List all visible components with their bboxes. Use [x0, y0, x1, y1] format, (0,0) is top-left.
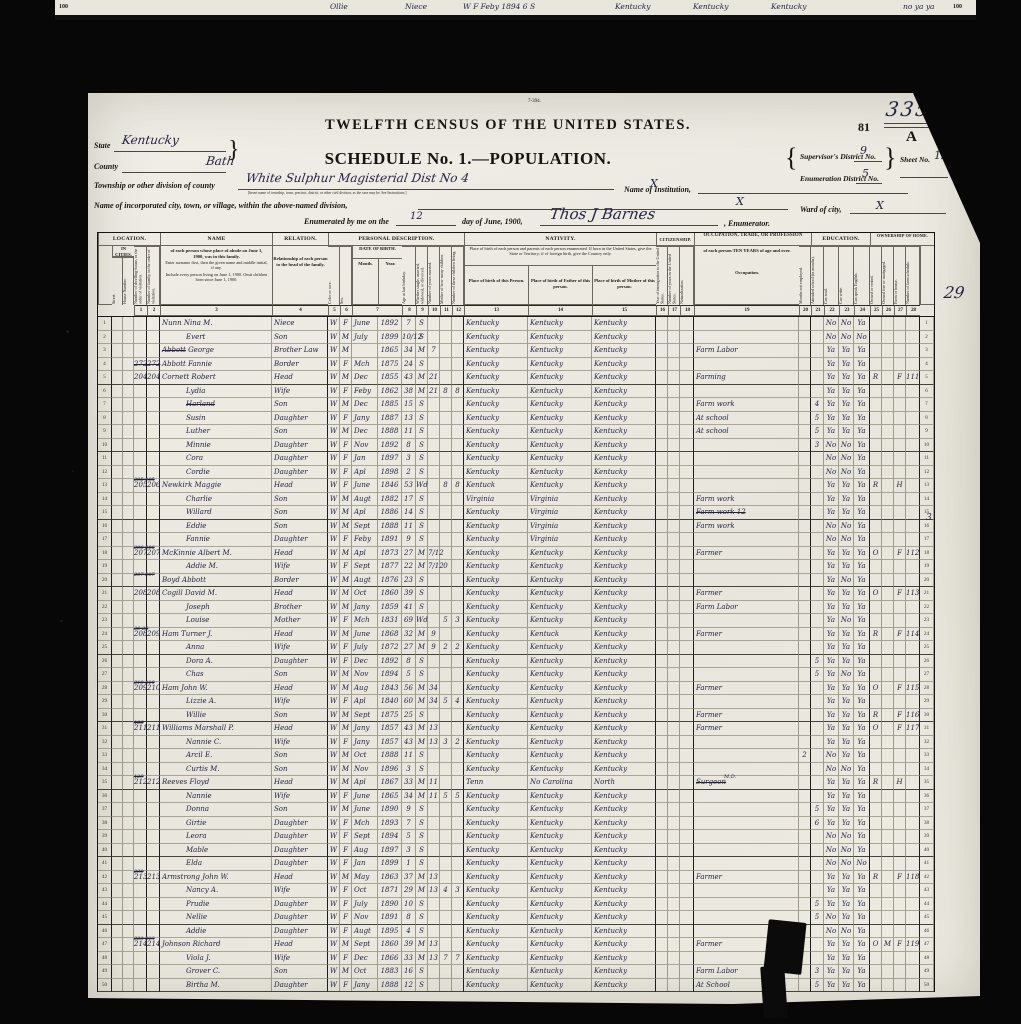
district-brace-left: {	[785, 143, 797, 173]
cell-d: 205 205205	[134, 479, 147, 493]
cell-mar: S	[416, 466, 428, 480]
cell-house	[123, 574, 134, 588]
cell-rd: No	[824, 763, 839, 777]
cell-race: W	[328, 668, 340, 682]
column-number: 13	[464, 305, 528, 316]
cell-ym: 9	[428, 628, 440, 642]
cell-d	[134, 979, 147, 993]
cell-c18	[680, 803, 694, 817]
cell-pf: Kentucky	[528, 749, 592, 763]
cell-sch	[811, 493, 824, 507]
cell-yr: 1899	[378, 331, 402, 345]
cell-f: 204	[147, 371, 160, 385]
cell-sex: F	[340, 979, 352, 993]
cell-age: 5	[402, 668, 416, 682]
cell-c16	[656, 871, 668, 885]
line-number-right: 8	[920, 412, 934, 426]
cell-mon: Dec	[352, 655, 378, 669]
cell-mon: Jany	[352, 601, 378, 615]
cell-pm: Kentucky	[592, 830, 656, 844]
cell-c16	[656, 574, 668, 588]
cell-age: 16	[402, 965, 416, 979]
cell-fh	[894, 749, 906, 763]
cell-en: Ya	[854, 884, 870, 898]
cell-fm	[882, 641, 894, 655]
cell-street	[112, 749, 123, 763]
census-row: 41EldaDaughterWFJan18991SKentuckyKentuck…	[98, 857, 934, 871]
cell-race: W	[328, 682, 340, 696]
cell-pf: Virginia	[528, 506, 592, 520]
cell-pm: Kentucky	[592, 682, 656, 696]
cell-rel: Daughter	[272, 925, 328, 939]
cell-c16	[656, 344, 668, 358]
cell-ne	[799, 668, 811, 682]
cell-house	[123, 749, 134, 763]
cell-ne	[799, 371, 811, 385]
cell-pb: Kentucky	[464, 628, 528, 642]
cell-fh	[894, 493, 906, 507]
cell-mon: Sept	[352, 830, 378, 844]
cell-pm: Kentucky	[592, 452, 656, 466]
cell-mon: Nov	[352, 911, 378, 925]
cell-wr: Ya	[839, 547, 854, 561]
cell-name: Nannie C.	[160, 736, 272, 750]
enumerated-day-line	[396, 225, 456, 226]
cell-race: W	[328, 385, 340, 399]
cell-c16	[656, 452, 668, 466]
cell-fh	[894, 790, 906, 804]
cell-wr: Ya	[839, 479, 854, 493]
cell-oh	[870, 749, 882, 763]
cell-c18	[680, 574, 694, 588]
cell-age: 38	[402, 385, 416, 399]
cell-pb: Kentucky	[464, 749, 528, 763]
cell-age: 56	[402, 682, 416, 696]
cell-pm: Kentucky	[592, 344, 656, 358]
cell-c18	[680, 331, 694, 345]
cell-occ	[694, 331, 799, 345]
census-row: 39LeoraDaughterWFSept18945SKentuckyKentu…	[98, 830, 934, 844]
cell-ns	[906, 925, 920, 939]
cell-ns	[906, 601, 920, 615]
line-number-right: 29	[920, 695, 934, 709]
cell-en: Ya	[854, 803, 870, 817]
cell-cl	[452, 803, 464, 817]
cell-mar: S	[416, 425, 428, 439]
cell-cl: 4	[452, 695, 464, 709]
cell-sch	[811, 331, 824, 345]
cell-f	[147, 749, 160, 763]
cell-wr: No	[839, 830, 854, 844]
pob-header: Place of birth of this Person.	[464, 266, 528, 305]
marital-header: Whether single, married, widowed, or div…	[416, 246, 428, 305]
cell-name: Birtha M.	[160, 979, 272, 993]
cell-yr: 1892	[378, 655, 402, 669]
cell-rel: Head	[272, 682, 328, 696]
cell-yr: 1843	[378, 682, 402, 696]
cell-age: 53	[402, 479, 416, 493]
cell-house	[123, 925, 134, 939]
cell-mb	[440, 965, 452, 979]
cell-street	[112, 601, 123, 615]
cell-wr: No	[839, 925, 854, 939]
cell-wr: Ya	[839, 965, 854, 979]
cell-en: Ya	[854, 533, 870, 547]
cell-pb: Kentucky	[464, 439, 528, 453]
cell-age: 39	[402, 587, 416, 601]
cell-ne	[799, 979, 811, 993]
cell-pm: Kentucky	[592, 439, 656, 453]
cell-name: Mable	[160, 844, 272, 858]
cell-pm: Kentucky	[592, 466, 656, 480]
cell-race: W	[328, 803, 340, 817]
cell-fm	[882, 695, 894, 709]
census-row: 32Nannie C.WifeWFJany185743M1332Kentucky…	[98, 736, 934, 750]
street-header: Street.	[112, 257, 123, 305]
cell-house	[123, 439, 134, 453]
cell-cl	[452, 358, 464, 372]
cell-pm: Kentucky	[592, 655, 656, 669]
cell-ns	[906, 520, 920, 534]
cell-street	[112, 857, 123, 871]
cell-mb	[440, 938, 452, 952]
occupation-header: Occupation.	[695, 254, 799, 276]
cell-c17	[668, 385, 680, 399]
cell-fh	[894, 614, 906, 628]
cell-fm	[882, 655, 894, 669]
cell-mon: Dec	[352, 371, 378, 385]
cell-sex: F	[340, 466, 352, 480]
pof-header: Place of birth of Father of this person.	[528, 266, 592, 305]
cell-mon: Sept	[352, 560, 378, 574]
cell-fh: F	[894, 722, 906, 736]
cell-en: Ya	[854, 371, 870, 385]
cell-c18	[680, 479, 694, 493]
cell-race: W	[328, 790, 340, 804]
cell-ns	[906, 668, 920, 682]
cell-f: 209	[147, 628, 160, 642]
cell-pb: Kentucky	[464, 979, 528, 993]
cell-street	[112, 709, 123, 723]
state-value: Kentucky	[122, 133, 179, 147]
cell-age: 8	[402, 439, 416, 453]
cell-c17	[668, 317, 680, 331]
cell-ns	[906, 655, 920, 669]
prev-pob: Kentucky	[615, 2, 651, 11]
census-row: 2426 26208209Ham Turner J.HeadWMJune1868…	[98, 628, 934, 642]
cell-mb: 8	[440, 479, 452, 493]
cell-fh: F	[894, 587, 906, 601]
cell-fm	[882, 331, 894, 345]
cell-d: 272	[134, 358, 147, 372]
cell-oh	[870, 736, 882, 750]
cell-sex: F	[340, 911, 352, 925]
cell-f	[147, 965, 160, 979]
cell-ns	[906, 439, 920, 453]
cell-yr: 1867	[378, 776, 402, 790]
cell-rel: Head	[272, 587, 328, 601]
cell-rel: Daughter	[272, 412, 328, 426]
prev-relation: Niece	[405, 2, 427, 11]
cell-mb	[440, 466, 452, 480]
cell-sch: 5	[811, 979, 824, 993]
group-nativity: NATIVITY.	[464, 233, 656, 246]
enumeration-line	[856, 183, 882, 184]
cell-age: 3	[402, 763, 416, 777]
cell-name: Luther	[160, 425, 272, 439]
cell-wr: Ya	[839, 871, 854, 885]
cell-sch	[811, 749, 824, 763]
cell-rel: Son	[272, 493, 328, 507]
cell-mb	[440, 844, 452, 858]
cell-mon: June	[352, 479, 378, 493]
cell-age: 27	[402, 547, 416, 561]
cell-fm	[882, 493, 894, 507]
cell-fm	[882, 884, 894, 898]
cell-f	[147, 736, 160, 750]
cell-c17	[668, 520, 680, 534]
year-header: Year.	[378, 259, 402, 305]
census-row: 14CharlieSonWMAugt188217SVirginiaVirgini…	[98, 493, 934, 507]
cell-fm	[882, 965, 894, 979]
cell-ne	[799, 857, 811, 871]
cell-mon: July	[352, 331, 378, 345]
cell-f	[147, 911, 160, 925]
cell-oh: O	[870, 682, 882, 696]
cell-pm: Kentucky	[592, 331, 656, 345]
stamp-underline-1	[884, 123, 954, 124]
line-number: 25	[98, 641, 112, 655]
cell-mb	[440, 425, 452, 439]
cell-c16	[656, 938, 668, 952]
cell-rel: Wife	[272, 884, 328, 898]
cell-sex: F	[340, 844, 352, 858]
cell-mb	[440, 911, 452, 925]
cell-wr: No	[839, 452, 854, 466]
cell-c16	[656, 722, 668, 736]
cell-street	[112, 952, 123, 966]
cell-ns	[906, 560, 920, 574]
cell-rd: Ya	[824, 776, 839, 790]
cell-sch: 5	[811, 412, 824, 426]
cell-c16	[656, 776, 668, 790]
line-number: 50	[98, 979, 112, 993]
cell-fh	[894, 358, 906, 372]
cell-mb	[440, 722, 452, 736]
cell-mb	[440, 506, 452, 520]
cell-yr: 1892	[378, 439, 402, 453]
years-married-header: Number of years married.	[428, 246, 440, 305]
cell-yr: 1894	[378, 830, 402, 844]
cell-ym: 9	[428, 641, 440, 655]
cell-pm: Kentucky	[592, 358, 656, 372]
line-no-header-right	[920, 246, 934, 305]
cell-sch: 5	[811, 655, 824, 669]
line-number-right: 21	[920, 587, 934, 601]
cell-sch	[811, 385, 824, 399]
cell-oh	[870, 803, 882, 817]
cell-c18	[680, 668, 694, 682]
cell-d	[134, 844, 147, 858]
cell-sch	[811, 682, 824, 696]
cell-mb: 4	[440, 884, 452, 898]
cell-mb	[440, 533, 452, 547]
cell-wr: Ya	[839, 695, 854, 709]
cell-en: Ya	[854, 898, 870, 912]
cell-ns: 114	[906, 628, 920, 642]
cell-pm: Kentucky	[592, 587, 656, 601]
cell-c17	[668, 331, 680, 345]
cell-age: 43	[402, 371, 416, 385]
cell-race: W	[328, 938, 340, 952]
cell-oh	[870, 641, 882, 655]
cell-fm	[882, 871, 894, 885]
cell-mb	[440, 871, 452, 885]
county-line	[122, 172, 226, 173]
cell-race: W	[328, 601, 340, 615]
census-row: 33Arcil E.SonWMOct188811SKentuckyKentuck…	[98, 749, 934, 763]
cell-c17	[668, 844, 680, 858]
cell-mb	[440, 817, 452, 831]
cell-pf: Kentucky	[528, 830, 592, 844]
cell-c17	[668, 574, 680, 588]
cell-mar: S	[416, 533, 428, 547]
line-number-right: 50	[920, 979, 934, 993]
cell-rd: No	[824, 925, 839, 939]
cell-street	[112, 979, 123, 993]
cell-race: W	[328, 844, 340, 858]
cell-f	[147, 331, 160, 345]
cell-sch	[811, 871, 824, 885]
census-row: 22JosephBrotherWMJany185941SKentuckyKent…	[98, 601, 934, 615]
cell-ns	[906, 911, 920, 925]
cell-ne	[799, 641, 811, 655]
cell-en: Ya	[854, 655, 870, 669]
cell-c17	[668, 641, 680, 655]
cell-ym	[428, 857, 440, 871]
line-number: 41	[98, 857, 112, 871]
cell-ym	[428, 520, 440, 534]
cell-street	[112, 493, 123, 507]
cell-c16	[656, 749, 668, 763]
cell-cl	[452, 668, 464, 682]
cell-fh	[894, 979, 906, 993]
cell-fh	[894, 425, 906, 439]
cell-mon: July	[352, 641, 378, 655]
cell-mar: S	[416, 911, 428, 925]
cell-pb: Kentucky	[464, 344, 528, 358]
cell-rd: Ya	[824, 682, 839, 696]
cell-fh: F	[894, 547, 906, 561]
cell-mb	[440, 925, 452, 939]
cell-race: W	[328, 898, 340, 912]
cell-mb	[440, 574, 452, 588]
cell-age: 14	[402, 506, 416, 520]
cell-pf: Kentucky	[528, 466, 592, 480]
line-number-right: 5	[920, 371, 934, 385]
cell-en: Ya	[854, 614, 870, 628]
cell-mb	[440, 371, 452, 385]
cell-ne	[799, 817, 811, 831]
cell-mon: Augt	[352, 574, 378, 588]
cell-fm: M	[882, 938, 894, 952]
cell-street	[112, 668, 123, 682]
sheet-line	[900, 177, 948, 178]
cell-house	[123, 722, 134, 736]
cell-pb: Kentucky	[464, 655, 528, 669]
cell-rel: Head	[272, 722, 328, 736]
cell-c16	[656, 965, 668, 979]
cell-sch	[811, 547, 824, 561]
cell-pb: Kentucky	[464, 614, 528, 628]
cell-street	[112, 682, 123, 696]
cell-occ: Farm work	[694, 493, 799, 507]
cell-house	[123, 911, 134, 925]
county-label: County	[94, 162, 118, 171]
cell-mar: S	[416, 817, 428, 831]
census-row: 36NannieWifeWFJune186534M1155KentuckyKen…	[98, 790, 934, 804]
cell-c18	[680, 871, 694, 885]
dwelling-number-header: Number of dwelling-house, in the order o…	[134, 246, 147, 305]
cell-wr: No	[839, 331, 854, 345]
cell-yr: 1860	[378, 587, 402, 601]
cell-pb: Kentucky	[464, 965, 528, 979]
cell-ns	[906, 641, 920, 655]
cell-name: Williams Marshall P.	[160, 722, 272, 736]
cell-sch	[811, 844, 824, 858]
cell-mar: M	[416, 371, 428, 385]
cell-sex: M	[340, 965, 352, 979]
cell-d	[134, 641, 147, 655]
cell-occ	[694, 614, 799, 628]
cell-cl	[452, 425, 464, 439]
cell-mar: S	[416, 709, 428, 723]
cell-en: Ya	[854, 506, 870, 520]
cell-en: Ya	[854, 520, 870, 534]
cell-pb: Kentucky	[464, 925, 528, 939]
cell-name: Nancy A.	[160, 884, 272, 898]
cell-race: W	[328, 871, 340, 885]
cell-d	[134, 736, 147, 750]
prev-pob-mother: Kentucky	[771, 2, 807, 11]
cell-sex: F	[340, 952, 352, 966]
cell-ym	[428, 601, 440, 615]
cell-occ: Farmer	[694, 547, 799, 561]
cell-oh: O	[870, 587, 882, 601]
cell-f: 208	[147, 587, 160, 601]
cell-c17	[668, 344, 680, 358]
cell-en: Ya	[854, 466, 870, 480]
cell-mb	[440, 452, 452, 466]
state-line	[114, 151, 226, 152]
state-county-brace: }	[228, 137, 240, 164]
cell-ym	[428, 358, 440, 372]
cell-c16	[656, 898, 668, 912]
cell-pb: Kentucky	[464, 520, 528, 534]
cell-age: 25	[402, 709, 416, 723]
cell-yr: 1859	[378, 601, 402, 615]
group-citizenship: CITIZENSHIP.	[656, 233, 694, 246]
cell-fm	[882, 911, 894, 925]
cell-pf: Kentucky	[528, 817, 592, 831]
cell-race: W	[328, 628, 340, 642]
name-header-cell: of each person whose place of abode on J…	[160, 246, 272, 305]
cell-sex: F	[340, 790, 352, 804]
cell-mar: S	[416, 763, 428, 777]
cell-d	[134, 884, 147, 898]
cell-ym	[428, 979, 440, 993]
line-number-right: 43	[920, 884, 934, 898]
